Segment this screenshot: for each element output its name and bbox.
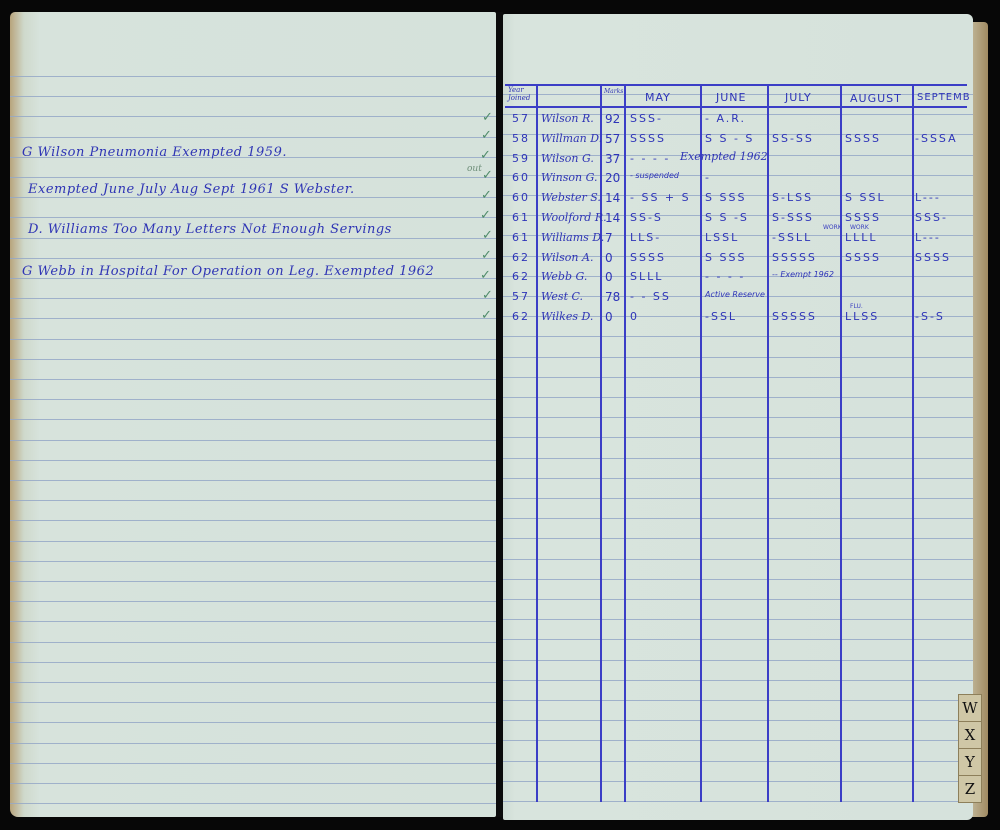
- cell-name: Wilson A.: [541, 251, 593, 264]
- ruled-line: [503, 781, 973, 782]
- ruled-line: [503, 518, 973, 519]
- ruled-line: [503, 377, 973, 378]
- ruled-line: [10, 359, 496, 360]
- cell-marks: 0: [605, 251, 613, 265]
- cell-june: S S -S: [705, 211, 749, 224]
- ruled-line: [503, 336, 973, 337]
- ruled-line: [503, 437, 973, 438]
- ruled-line: [10, 722, 496, 723]
- ruled-line: [503, 619, 973, 620]
- header-top-line: [505, 84, 967, 86]
- cell-september: L---: [915, 231, 941, 244]
- ruled-line: [10, 743, 496, 744]
- ruled-line: [10, 379, 496, 380]
- cell-may: - suspended: [630, 171, 679, 180]
- ruled-line: [10, 96, 496, 97]
- ruled-line: [503, 478, 973, 479]
- cell-year: 61: [512, 211, 530, 224]
- cell-marks: 37: [605, 152, 620, 166]
- index-tab-y[interactable]: Y: [958, 748, 982, 776]
- cell-year: 60: [512, 191, 530, 204]
- ruled-line: [10, 621, 496, 622]
- ruled-line: [10, 197, 496, 198]
- cell-may: - - SS: [630, 290, 671, 303]
- cell-year: 61: [512, 231, 530, 244]
- cell-year: 62: [512, 310, 530, 323]
- cell-marks: 14: [605, 191, 620, 205]
- ruled-line: [10, 298, 496, 299]
- ruled-line: [10, 763, 496, 764]
- cell-name: Winson G.: [541, 171, 597, 184]
- cell-may: SSS-: [630, 112, 663, 125]
- ruled-line: [10, 460, 496, 461]
- ruled-line: [10, 217, 496, 218]
- cell-june: -SSL: [705, 310, 737, 323]
- header-bottom-line: [505, 106, 967, 108]
- index-tab-z[interactable]: Z: [958, 775, 982, 803]
- cell-august: SSSS: [845, 211, 881, 224]
- cell-may: 0: [630, 310, 639, 323]
- left-page: [10, 12, 496, 817]
- ruled-line: [10, 662, 496, 663]
- note-2: Exempted June July Aug Sept 1961 S Webst…: [28, 182, 355, 197]
- cell-september: SSS-: [915, 211, 948, 224]
- cell-year: 58: [512, 132, 530, 145]
- cell-year: 59: [512, 152, 530, 165]
- ruled-line: [503, 801, 973, 802]
- ruled-line: [503, 599, 973, 600]
- cell-september: -SSSA: [915, 132, 958, 145]
- col-divider-june: [767, 84, 769, 802]
- cell-name: Webster S.: [541, 191, 601, 204]
- check-mark-icon: ✓: [481, 308, 492, 323]
- ruled-line: [10, 541, 496, 542]
- cell-july: SSSSS: [772, 310, 817, 323]
- cell-june: -: [705, 171, 711, 184]
- cell-september: L---: [915, 191, 941, 204]
- ruled-line: [10, 783, 496, 784]
- cell-june: S SSS: [705, 191, 746, 204]
- cell-may: - SS + S: [630, 191, 691, 204]
- cell-marks: 7: [605, 231, 613, 245]
- cell-marks: 0: [605, 310, 613, 324]
- header-september: SEPTEMB: [917, 92, 971, 103]
- header-year-joined: Year Joined: [508, 86, 534, 102]
- check-mark-icon: ✓: [482, 110, 493, 125]
- header-july: JULY: [785, 91, 812, 104]
- ruled-line: [503, 680, 973, 681]
- cell-august: LLLL: [845, 231, 878, 244]
- cell-may: SLLL: [630, 270, 663, 283]
- cell-may: SSSS: [630, 251, 666, 264]
- cell-marks: 92: [605, 112, 620, 126]
- ruled-line: [10, 642, 496, 643]
- cell-july: S-SSS: [772, 211, 814, 224]
- header-may: MAY: [645, 91, 671, 104]
- cell-august: LLSS: [845, 310, 879, 323]
- cell-june: S S - S: [705, 132, 754, 145]
- col-divider-august: [912, 84, 914, 802]
- col-divider-may: [700, 84, 702, 802]
- ruled-line: [10, 76, 496, 77]
- cell-august: S SSL: [845, 191, 886, 204]
- cell-marks: 14: [605, 211, 620, 225]
- cell-september: -S-S: [915, 310, 945, 323]
- ruled-line: [10, 318, 496, 319]
- header-marks: Marks: [604, 88, 623, 95]
- note-4: G Webb in Hospital For Operation on Leg.…: [22, 264, 434, 279]
- ruled-line: [10, 480, 496, 481]
- ruled-line: [10, 702, 496, 703]
- cell-marks: 20: [605, 171, 620, 185]
- ruled-line: [10, 238, 496, 239]
- index-tab-w[interactable]: W: [958, 694, 982, 722]
- ruled-line: [503, 761, 973, 762]
- cell-june: S SSS: [705, 251, 746, 264]
- check-mark-icon: ✓: [482, 228, 493, 243]
- cell-year: 57: [512, 112, 530, 125]
- cell-name: West C.: [541, 290, 583, 303]
- check-mark-icon: ✓: [481, 188, 492, 203]
- cell-august-note: WORK: [850, 224, 869, 231]
- cell-july: SSSSS: [772, 251, 817, 264]
- cell-name: Williams D.: [541, 231, 604, 244]
- cell-name: Willman D.: [541, 132, 602, 145]
- ruled-line: [10, 682, 496, 683]
- ruled-line: [10, 500, 496, 501]
- cell-june: LSSL: [705, 231, 739, 244]
- cell-year: 60: [512, 171, 530, 184]
- check-mark-icon: ✓: [480, 208, 491, 223]
- ruled-line: [503, 700, 973, 701]
- ruled-line: [10, 803, 496, 804]
- index-tab-x[interactable]: X: [958, 721, 982, 749]
- cell-name: Wilkes D.: [541, 310, 593, 323]
- ruled-line: [10, 177, 496, 178]
- header-june: JUNE: [716, 91, 746, 104]
- cell-marks: 78: [605, 290, 620, 304]
- cell-may: LLS-: [630, 231, 661, 244]
- col-divider-marks: [624, 84, 626, 802]
- header-august: AUGUST: [850, 92, 902, 105]
- cell-june: - A.R.: [705, 112, 746, 125]
- ruled-line: [10, 561, 496, 562]
- ruled-line: [503, 417, 973, 418]
- ruled-line: [503, 397, 973, 398]
- col-divider-year: [536, 84, 538, 802]
- ruled-line: [10, 116, 496, 117]
- ruled-line: [10, 419, 496, 420]
- ruled-line: [503, 720, 973, 721]
- cell-june: Active Reserve: [705, 290, 765, 299]
- book-gutter: [496, 12, 503, 817]
- cell-year: 57: [512, 290, 530, 303]
- ruled-line: [503, 579, 973, 580]
- ruled-line: [503, 458, 973, 459]
- ruled-line: [10, 258, 496, 259]
- ruled-line: [503, 559, 973, 560]
- cell-august: SSSS: [845, 132, 881, 145]
- check-mark-icon: ✓: [480, 148, 491, 163]
- ruled-line: [503, 660, 973, 661]
- cell-july: -SSLL: [772, 231, 812, 244]
- check-mark-icon: ✓: [481, 128, 492, 143]
- check-mark-icon: ✓: [482, 288, 493, 303]
- ruled-line: [10, 581, 496, 582]
- ruled-line: [503, 740, 973, 741]
- ruled-line: [10, 137, 496, 138]
- cell-may: SS-S: [630, 211, 663, 224]
- ruled-line: [10, 399, 496, 400]
- ruled-line: [10, 440, 496, 441]
- ruled-line: [10, 520, 496, 521]
- ruled-line: [503, 639, 973, 640]
- cell-year: 62: [512, 251, 530, 264]
- col-divider-july: [840, 84, 842, 802]
- cell-year: 62: [512, 270, 530, 283]
- cell-september: SSSS: [915, 251, 951, 264]
- cell-marks: 0: [605, 270, 613, 284]
- ruled-line: [10, 601, 496, 602]
- cell-may: - - - -: [630, 152, 670, 165]
- note-1: G Wilson Pneumonia Exempted 1959.: [22, 145, 287, 160]
- cell-july: S-LSS: [772, 191, 813, 204]
- cell-august: SSSS: [845, 251, 881, 264]
- cell-august-note: FLU.: [850, 303, 863, 310]
- cell-july: SS-SS: [772, 132, 814, 145]
- cell-june: - - - -: [705, 270, 745, 283]
- ruled-line: [503, 538, 973, 539]
- out-mark: out: [467, 164, 482, 174]
- cell-name: Webb G.: [541, 270, 587, 283]
- ruled-line: [10, 339, 496, 340]
- ruled-line: [503, 498, 973, 499]
- cell-may: SSSS: [630, 132, 666, 145]
- cell-name: Wilson R.: [541, 112, 594, 125]
- ruled-line: [503, 357, 973, 358]
- cell-name: Wilson G.: [541, 152, 594, 165]
- cell-july: -- Exempt 1962: [772, 270, 834, 279]
- cell-marks: 57: [605, 132, 620, 146]
- note-3: D. Williams Too Many Letters Not Enough …: [28, 222, 392, 237]
- cell-july-note: WORK: [823, 224, 842, 231]
- cell-name: Woolford R.: [541, 211, 607, 224]
- cell-note: Exempted 1962: [680, 150, 768, 163]
- check-mark-icon: ✓: [482, 168, 493, 183]
- check-mark-icon: ✓: [481, 248, 492, 263]
- check-mark-icon: ✓: [480, 268, 491, 283]
